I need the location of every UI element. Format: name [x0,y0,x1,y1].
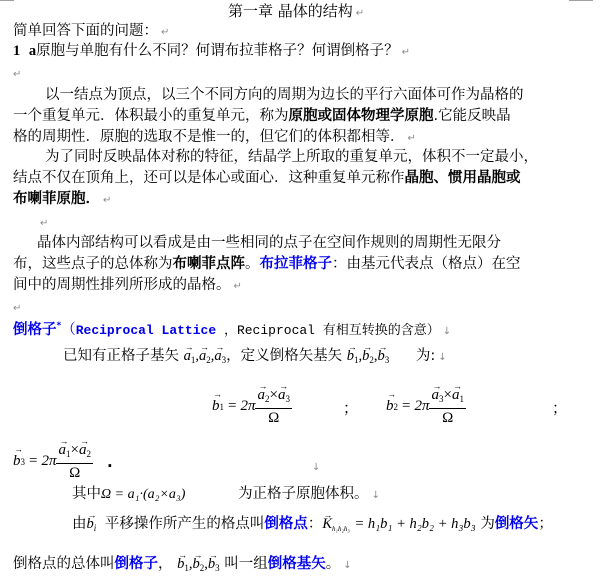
comma: ， [158,556,173,572]
para2-line2: 结点不仅在顶角上，还可以是体心或面心．这种重复单元称作晶胞、惯用晶胞或 [13,169,521,187]
def-text: 已知有正格子基矢 [63,348,179,364]
vector-b: b [386,398,394,415]
vector-a: a [257,387,265,403]
omega-line: 其中Ω = a₁·(a₂×a₃) 为正格子原胞体积。↓ [72,485,380,505]
times: × [269,387,277,403]
empty-line: ↵ [13,64,21,84]
def-text: ，定义倒格矢基矢 [226,348,342,364]
corner-mark-left [0,0,14,1]
para3-line2: 布，这些点子的总体称为布喇菲点阵。布拉菲格子：由基元代表点（格点）在空 [13,255,521,273]
two-pi: 2π [240,398,255,415]
vector-a: a [452,387,460,403]
para1-line3: 格的周期性．原胞的选取不是惟一的，但它们的体积都相等．↵ [13,128,416,148]
line-break-mark: ↓ [343,560,351,571]
formula-b2: b2 = 2π a3×a1 Ω [386,387,466,426]
vector-b: b [87,515,94,533]
times: × [443,387,451,403]
sub: 1 [459,394,464,404]
vector-a: a [278,387,286,403]
reciprocal-point-term: 倒格点 [264,516,308,532]
final-line: 倒格点的总体叫倒格子， b1,b2,b3 叫一组倒格基矢。↓ [13,555,352,577]
heading-rest: ，Reciprocal 有相互转换的含意） [216,323,440,338]
period: 。 [326,556,341,572]
sub: 1 [220,402,225,412]
para3-line1: 晶体内部结构可以看成是由一些相同的点子在空间作规则的周期性无限分 [37,234,501,252]
para3-text: 晶体内部结构可以看成是由一些相同的点子在空间作规则的周期性无限分 [37,235,501,251]
sub: 2 [86,449,91,459]
paren: （ [61,322,76,338]
semicolon: ； [343,397,358,418]
sub: 3 [385,355,390,365]
vector-a: a [58,442,66,458]
sub: 3 [215,563,220,573]
paragraph-mark: ↵ [356,8,364,19]
para1-text: 以一结点为顶点，以三个不同方向的周期为边长的平行六面体可作为晶格的 [45,87,524,103]
vector-a: a [214,347,221,365]
sub: 1 [354,355,359,365]
chapter-title: 第一章 晶体的结构↵ [228,2,364,23]
sub: 2 [206,355,211,365]
sub: h₁h₂h₃ [332,525,350,533]
sub: 2 [200,563,205,573]
primitive-cell-term: 原胞或固体物理学原胞 [289,108,434,124]
fraction: a3×a1 Ω [429,387,465,426]
vector-a: a [199,347,206,365]
fraction: a1×a2 Ω [56,442,92,481]
para1-text: 格的周期性．原胞的选取不是惟一的，但它们的体积都相等． [13,129,405,145]
colon: ： [308,516,323,532]
reciprocal-basis-term: 倒格基矢 [268,556,326,572]
paragraph-mark: ↵ [408,133,416,144]
para1-line1: 以一结点为顶点，以三个不同方向的周期为边长的平行六面体可作为晶格的 [45,86,524,104]
semicolon: ； [538,516,553,532]
sub: 3 [21,457,26,467]
sub: 2 [369,355,374,365]
para3-text: 间中的周期性排列所形成的晶格。 [13,277,231,293]
omega-text: 其中 [72,486,101,502]
reciprocal-vector-term: 倒格矢 [495,516,539,532]
english-term: Reciprocal Lattice [76,323,216,338]
trans-text: 平移操作所产生的格点叫 [105,516,265,532]
paragraph-mark: ↵ [402,47,410,58]
final-text: 倒格点的总体叫 [13,556,115,572]
paragraph-mark: ↵ [40,218,48,229]
paragraph-mark: ↵ [234,281,242,292]
bravais-cell-term: 布喇菲原胞 [13,191,86,207]
omega: Ω [268,409,279,426]
period: . [107,453,113,471]
trans-text: 由 [72,516,87,532]
sub: 1 [191,355,196,365]
para1-text: .它能反映晶 [434,108,511,124]
vector-b: b [377,347,384,365]
two-pi: 2π [414,398,429,415]
vector-a: a [184,347,191,365]
sub: 2 [394,402,399,412]
question-line: 1 a原胞与单胞有什么不同？何谓布拉菲格子？何谓倒格子？↵ [13,42,410,62]
omega: Ω [69,464,80,481]
para2-text: 结点不仅在顶角上，还可以是体心或面心．这种重复单元称作 [13,170,405,186]
vector-b: b [212,398,220,415]
omega-text: 为正格子原胞体积。 [238,486,369,502]
vector-b: b [347,347,354,365]
vector-a: a [431,387,439,403]
intro-line: 简单回答下面的问题：↵ [13,22,169,42]
para1-line2: 一个重复单元．体积最小的重复单元，称为原胞或固体物理学原胞.它能反映晶 [13,107,511,125]
line-break: ↓ [312,457,320,477]
sub: 3 [285,394,290,404]
bravais-lattice-link-term: 布拉菲格子 [260,256,333,272]
paragraph-mark: ↵ [13,69,21,80]
def-text: 为: [416,348,435,364]
para1-text: 一个重复单元．体积最小的重复单元，称为 [13,108,289,124]
question-number: 1 [13,43,20,59]
punct: 。 [245,256,260,272]
translation-line: 由bi 平移操作所产生的格点叫倒格点：Kh₁h₂h₃ = h₁b₁ + h₂b₂… [72,515,553,538]
corner-mark-right [569,0,593,1]
formula-b3: b3 = 2π a1×a2 Ω . [13,442,113,481]
omega: Ω [442,409,453,426]
para3-text: ：由基元代表点（格点）在空 [332,256,521,272]
empty-line: ↵ [40,213,48,233]
line-break-mark: ↓ [372,490,380,501]
a-vectors: a1,a2,a3 [184,348,227,364]
title-text: 第一章 晶体的结构 [228,2,353,20]
line-break-mark: ↓ [443,326,451,337]
para3-text: 布，这些点子的总体称为 [13,256,173,272]
vector-a: a [79,442,87,458]
period: ． [86,191,101,207]
vector-b: b [177,555,184,573]
vector-b: b [192,555,199,573]
semicolon: ； [552,397,567,418]
formula-b1: b1 = 2π a2×a3 Ω [212,387,292,426]
fraction: a2×a3 Ω [255,387,291,426]
b-vectors: b1,b2,b3 [177,556,220,572]
omega-formula: Ω = a₁·(a₂×a₃) [101,487,185,502]
paragraph-mark: ↵ [103,195,111,206]
line-break-mark: ↓ [312,462,320,473]
final-text: 叫一组 [224,556,268,572]
para2-line3: 布喇菲原胞．↵ [13,190,111,210]
reciprocal-lattice-term: 倒格子 [13,322,57,338]
paragraph-mark: ↵ [13,303,21,314]
vector-b: b [208,555,215,573]
trans-text: 为 [480,516,495,532]
vector-b: b [13,453,21,470]
paragraph-mark: ↵ [161,27,169,38]
times: × [70,442,78,458]
intro-text: 简单回答下面的问题： [13,23,158,39]
separator: ； [552,397,567,418]
para2-line1: 为了同时反映晶体对称的特征，结晶学上所取的重复单元，体积不一定最小， [45,148,538,166]
vector-b: b [362,347,369,365]
question-text: 原胞与单胞有什么不同？何谓布拉菲格子？何谓倒格子？ [36,43,399,59]
reciprocal-lattice-term: 倒格子 [115,556,159,572]
b-vectors: b1,b2,b3 [347,348,390,364]
line-break-mark: ↓ [438,352,446,363]
para2-text: 为了同时反映晶体对称的特征，结晶学上所取的重复单元，体积不一定最小， [45,149,538,165]
sub: 1 [184,563,189,573]
unit-cell-term: 晶胞、惯用晶胞或 [405,170,521,186]
empty-line: ↵ [13,298,21,318]
bravais-lattice-term: 布喇菲点阵 [173,256,246,272]
vector-k: K [322,515,332,533]
k-formula: = h₁b₁ + h₂b₂ + h₃b₃ [354,516,475,532]
para3-line3: 间中的周期性排列所形成的晶格。↵ [13,276,242,296]
separator: ； [343,397,358,418]
two-pi: 2π [41,453,56,470]
definition-line: 已知有正格子基矢 a1,a2,a3，定义倒格矢基矢 b1,b2,b3 为:↓ [63,347,447,369]
